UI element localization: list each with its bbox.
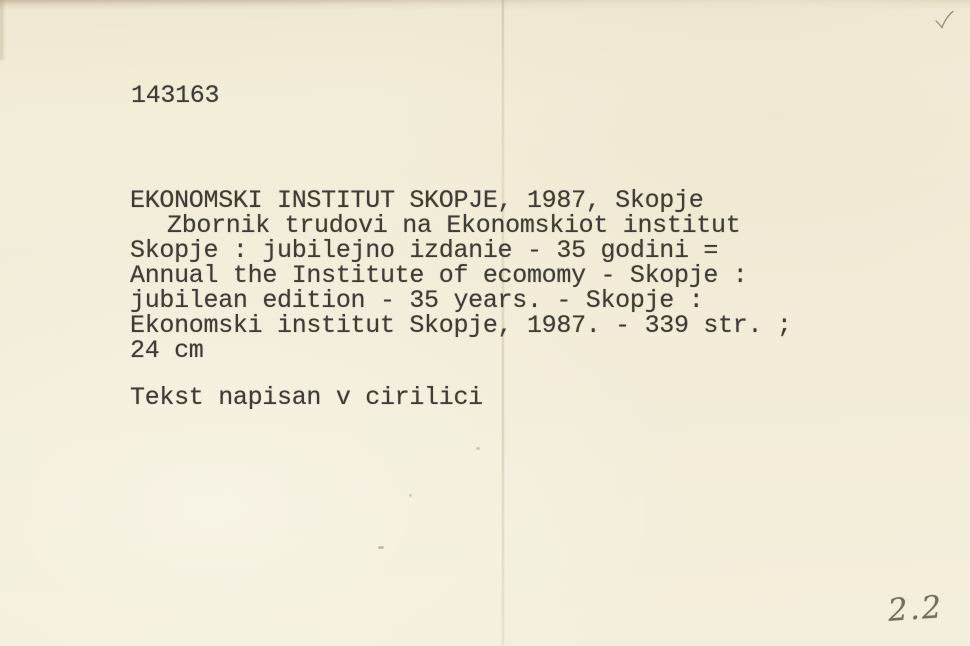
scan-edge-top: [0, 0, 970, 10]
entry-heading: EKONOMSKI INSTITUT SKOPJE, 1987, Skopje: [130, 188, 792, 213]
scan-speck: [378, 546, 384, 549]
scan-edge-left: [0, 0, 5, 60]
entry-line: Skopje : jubilejno izdanie - 35 godini =: [130, 238, 792, 263]
entry-line: Annual the Institute of ecomomy - Skopje…: [130, 263, 792, 288]
scan-speck: [476, 447, 480, 450]
entry-line: jubilean edition - 35 years. - Skopje :: [130, 288, 792, 313]
checkmark-icon: [933, 10, 957, 32]
handwritten-number: 2.2: [887, 589, 945, 629]
language-note: Tekst napisan v cirilici: [130, 385, 483, 410]
scan-speck: [409, 494, 412, 497]
entry-line: Zbornik trudovi na Ekonomskiot institut: [130, 213, 792, 238]
entry-line: Ekonomski institut Skopje, 1987. - 339 s…: [130, 313, 792, 338]
catalog-card: 143163 EKONOMSKI INSTITUT SKOPJE, 1987, …: [0, 0, 970, 646]
catalog-entry: EKONOMSKI INSTITUT SKOPJE, 1987, Skopje …: [130, 188, 792, 363]
call-number: 143163: [131, 83, 219, 108]
entry-line: 24 cm: [130, 338, 792, 363]
